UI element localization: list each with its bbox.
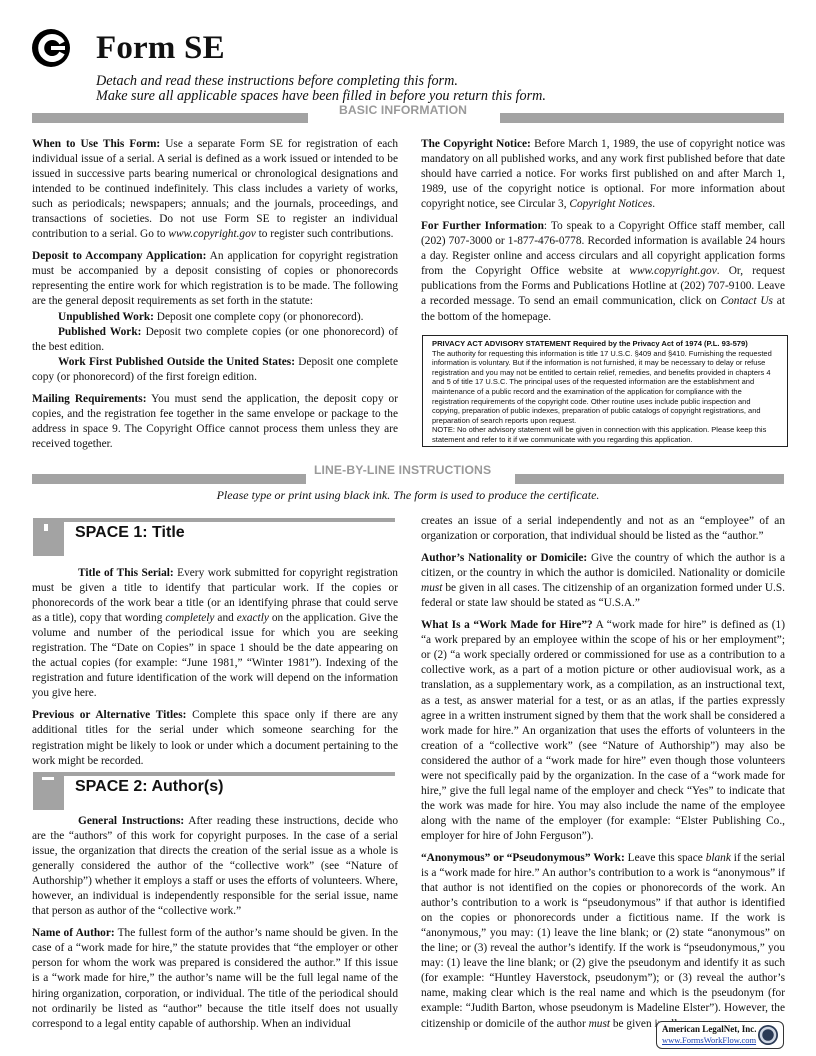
- mailing-label: Mailing Requirements:: [32, 393, 147, 405]
- space-1-header: SPACE 1: Title: [33, 518, 395, 560]
- when-to-use-paragraph: When to Use This Form: Use a separate Fo…: [32, 137, 398, 242]
- basic-info-right-column: The Copyright Notice: Before March 1, 19…: [421, 137, 785, 332]
- legalnet-swirl-icon: [757, 1024, 779, 1046]
- section-bar-left: [32, 113, 308, 123]
- copyright-gov-link[interactable]: www.copyright.gov: [168, 228, 255, 240]
- name-of-author-label: Name of Author:: [32, 927, 115, 939]
- space-2-left-column: General Instructions: After reading thes…: [32, 814, 398, 1039]
- when-to-use-label: When to Use This Form:: [32, 138, 160, 150]
- line-by-line-right-column: creates an issue of a serial independent…: [421, 514, 785, 1039]
- section-heading-basic-information: BASIC INFORMATION: [339, 103, 467, 117]
- deposit-label: Deposit to Accompany Application:: [32, 250, 206, 262]
- badge-company-name: American LegalNet, Inc.: [662, 1024, 756, 1034]
- work-made-for-hire-paragraph: What Is a “Work Made for Hire”? A “work …: [421, 618, 785, 844]
- copyright-notice-paragraph: The Copyright Notice: Before March 1, 19…: [421, 137, 785, 212]
- further-information-label: For Further Information: [421, 220, 544, 232]
- copyright-notice-label: The Copyright Notice:: [421, 138, 531, 150]
- form-subtitle: Detach and read these instructions befor…: [96, 74, 546, 104]
- author-continued-paragraph: creates an issue of a serial independent…: [421, 514, 785, 544]
- american-legalnet-badge[interactable]: American LegalNet, Inc. www.FormsWorkFlo…: [656, 1021, 784, 1049]
- section-bar-left-2: [32, 474, 306, 484]
- badge-url-link[interactable]: www.FormsWorkFlow.com: [662, 1035, 756, 1045]
- subtitle-line-2: Make sure all applicable spaces have bee…: [96, 89, 546, 104]
- foreign-work-paragraph: Work First Published Outside the United …: [32, 355, 398, 385]
- privacy-act-statement-box: PRIVACY ACT ADVISORY STATEMENT Required …: [422, 335, 788, 447]
- subtitle-line-1: Detach and read these instructions befor…: [96, 74, 546, 89]
- space-2-header: SPACE 2: Author(s): [33, 772, 395, 814]
- general-instructions-paragraph: General Instructions: After reading thes…: [32, 814, 398, 919]
- copyright-c-logo-icon: [31, 28, 71, 68]
- previous-titles-label: Previous or Alternative Titles:: [32, 709, 186, 721]
- section-bar-right: [500, 113, 784, 123]
- previous-titles-paragraph: Previous or Alternative Titles: Complete…: [32, 708, 398, 768]
- unpublished-work-paragraph: Unpublished Work: Deposit one complete c…: [32, 310, 398, 325]
- anonymous-pseudonymous-paragraph: “Anonymous” or “Pseudonymous” Work: Leav…: [421, 851, 785, 1032]
- name-of-author-paragraph: Name of Author: The fullest form of the …: [32, 926, 398, 1031]
- space-1-number-mark: [44, 524, 48, 531]
- privacy-body: The authority for requesting this inform…: [432, 349, 779, 426]
- published-work-paragraph: Published Work: Deposit two complete cop…: [32, 325, 398, 355]
- line-by-line-left-column: Title of This Serial: Every work submitt…: [32, 566, 398, 776]
- privacy-note: NOTE: No other advisory statement will b…: [432, 425, 779, 444]
- title-of-serial-label: Title of This Serial:: [78, 567, 174, 579]
- title-of-serial-paragraph: Title of This Serial: Every work submitt…: [32, 566, 398, 701]
- work-made-for-hire-label: What Is a “Work Made for Hire”?: [421, 619, 593, 631]
- nationality-paragraph: Author’s Nationality or Domicile: Give t…: [421, 551, 785, 611]
- privacy-title: PRIVACY ACT ADVISORY STATEMENT Required …: [432, 339, 779, 349]
- basic-info-left-column: When to Use This Form: Use a separate Fo…: [32, 137, 398, 459]
- section-bar-right-2: [515, 474, 784, 484]
- further-information-paragraph: For Further Information: To speak to a C…: [421, 219, 785, 324]
- contact-us-link[interactable]: Contact Us: [721, 295, 773, 307]
- copyright-gov-link-2[interactable]: www.copyright.gov: [629, 265, 716, 277]
- mailing-requirements-paragraph: Mailing Requirements: You must send the …: [32, 392, 398, 452]
- space-2-title: SPACE 2: Author(s): [75, 778, 223, 796]
- black-ink-note: Please type or print using black ink. Th…: [0, 488, 816, 503]
- nationality-label: Author’s Nationality or Domicile:: [421, 552, 587, 564]
- deposit-paragraph: Deposit to Accompany Application: An app…: [32, 249, 398, 309]
- section-heading-line-by-line: LINE-BY-LINE INSTRUCTIONS: [314, 463, 491, 477]
- general-instructions-label: General Instructions:: [78, 815, 184, 827]
- anonymous-label: “Anonymous” or “Pseudonymous” Work:: [421, 852, 625, 864]
- space-2-number-mark: [42, 777, 54, 780]
- form-title: Form SE: [96, 30, 225, 67]
- space-1-tab: [33, 518, 64, 556]
- space-1-title: SPACE 1: Title: [75, 524, 185, 542]
